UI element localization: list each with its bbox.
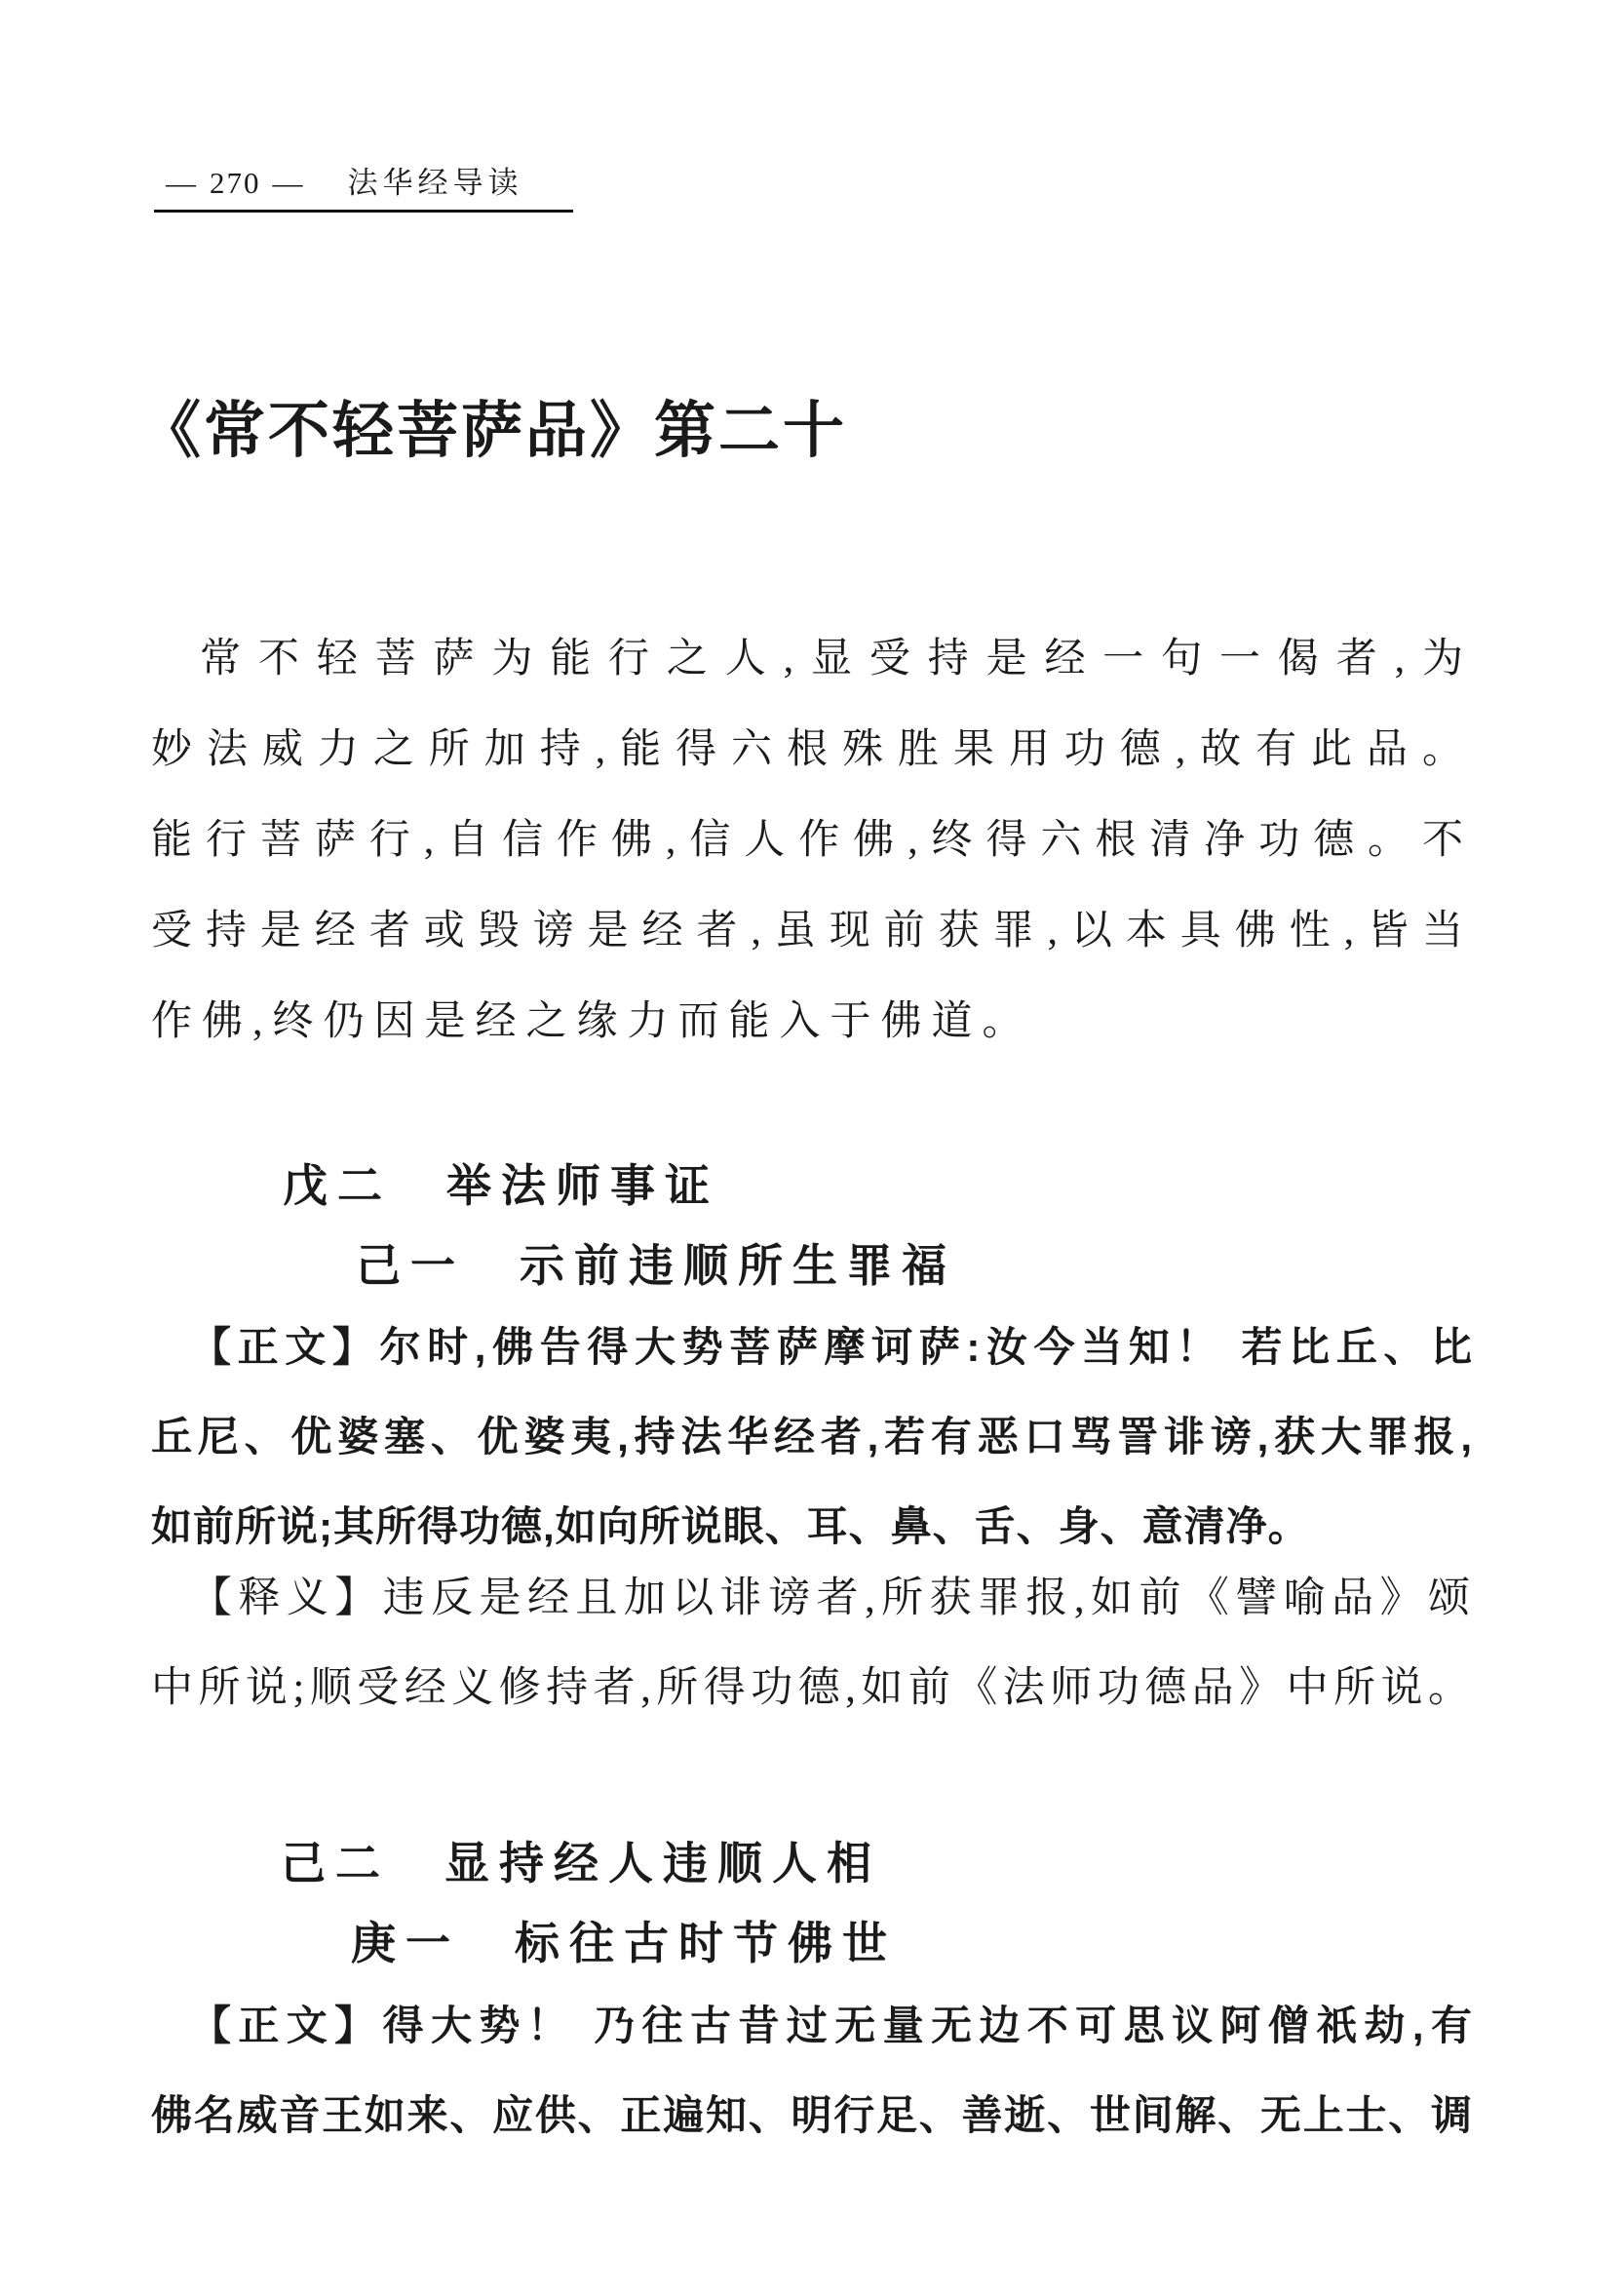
outline-heading-geng1: 庚一 标往古时节佛世 <box>351 1908 897 1972</box>
header-dash-left: — <box>156 166 208 200</box>
page-number: 270 <box>208 166 263 200</box>
text-line: 【释义】违反是经且加以诽谤者,所获罪报,如前《譬喻品》颂 <box>151 1554 1473 1644</box>
text-line: 丘尼、优婆塞、优婆夷,持法华经者,若有恶口骂詈诽谤,获大罪报, <box>151 1392 1473 1482</box>
text-line: 【正文】得大势！ 乃往古昔过无量无边不可思议阿僧祇劫,有 <box>151 1981 1473 2071</box>
outline-heading-ji1: 己一 示前违顺所生罪福 <box>356 1230 956 1295</box>
zhengwen-paragraph-2: 【正文】得大势！ 乃往古昔过无量无边不可思议阿僧祇劫,有 佛名威音王如来、应供、… <box>151 1981 1473 2160</box>
intro-paragraph: 常不轻菩萨为能行之人,显受持是经一句一偈者,为 妙法威力之所加持,能得六根殊胜果… <box>151 614 1473 1068</box>
shiyi-paragraph: 【释义】违反是经且加以诽谤者,所获罪报,如前《譬喻品》颂 中所说;顺受经义修持者… <box>151 1554 1473 1733</box>
header-dash-right: — <box>263 166 315 200</box>
text-line: 【正文】尔时,佛告得大势菩萨摩诃萨:汝今当知！ 若比丘、比 <box>151 1303 1473 1392</box>
text-line: 能行菩萨行,自信作佛,信人作佛,终得六根清净功德。不 <box>151 796 1473 886</box>
outline-heading-wu2: 戊二 举法师事证 <box>283 1150 719 1215</box>
book-title: 法华经导读 <box>348 166 523 200</box>
zhengwen-paragraph-1: 【正文】尔时,佛告得大势菩萨摩诃萨:汝今当知！ 若比丘、比 丘尼、优婆塞、优婆夷… <box>151 1303 1473 1572</box>
outline-heading-ji2: 己二 显持经人违顺人相 <box>281 1828 881 1892</box>
running-header: —270—法华经导读 <box>154 158 573 213</box>
chapter-title: 《常不轻菩萨品》第二十 <box>139 392 847 470</box>
text-line: 作佛,终仍因是经之缘力而能入于佛道。 <box>151 977 1473 1068</box>
text-line: 中所说;顺受经义修持者,所得功德,如前《法师功德品》中所说。 <box>151 1644 1473 1733</box>
text-line: 妙法威力之所加持,能得六根殊胜果用功德,故有此品。 <box>151 705 1473 796</box>
text-line: 常不轻菩萨为能行之人,显受持是经一句一偈者,为 <box>151 614 1473 705</box>
text-line: 受持是经者或毁谤是经者,虽现前获罪,以本具佛性,皆当 <box>151 886 1473 977</box>
book-page: —270—法华经导读 《常不轻菩萨品》第二十 常不轻菩萨为能行之人,显受持是经一… <box>0 0 1622 2296</box>
text-line: 佛名威音王如来、应供、正遍知、明行足、善逝、世间解、无上士、调 <box>151 2071 1473 2160</box>
